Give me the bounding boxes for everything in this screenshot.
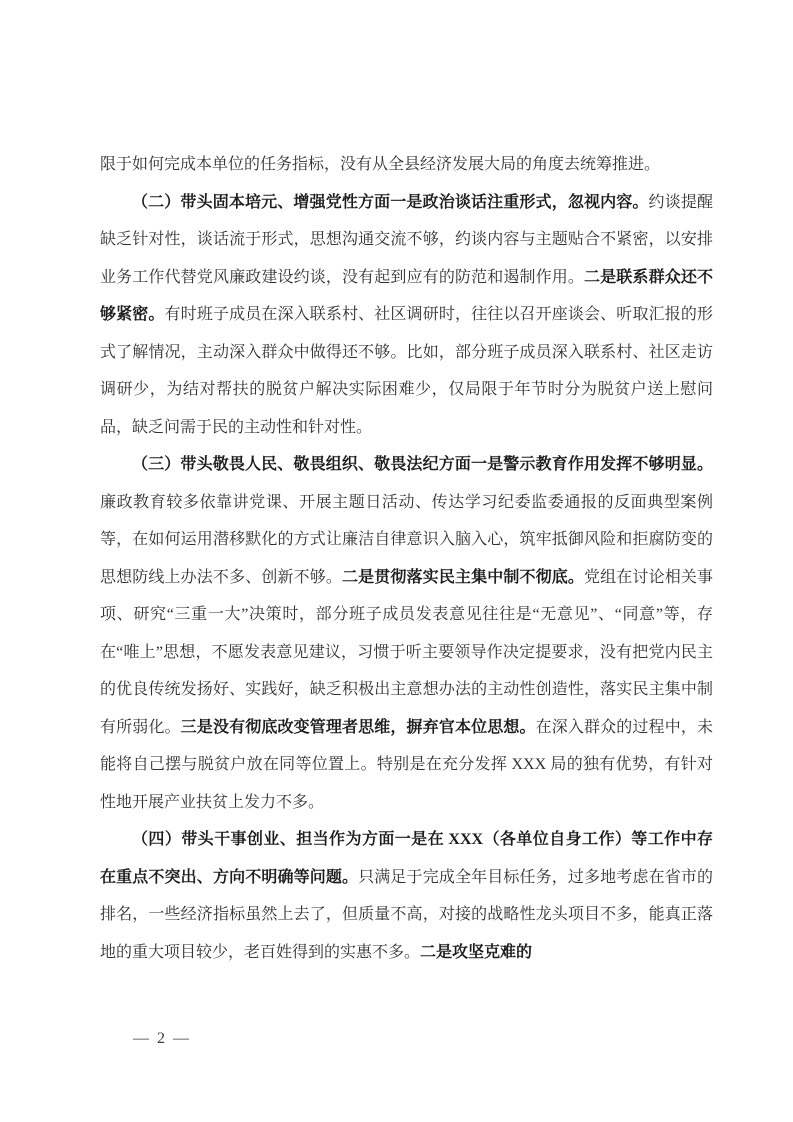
paragraph: （四）带头干事创业、担当作为方面一是在 XXX（各单位自身工作）等工作中存在重点…: [100, 821, 713, 971]
emphasis-text-run: （三）带头敬畏人民、敬畏组织、敬畏法纪方面一是警示教育作用发挥不够明显。: [132, 456, 713, 473]
document-body: 限于如何完成本单位的任务指标，没有从全县经济发展大局的角度去统筹推进。（二）带头…: [100, 146, 713, 971]
emphasis-text-run: 三是没有彻底改变管理者思维，摒弃官本位思想。: [181, 719, 536, 736]
paragraph: （二）带头固本培元、增强党性方面一是政治谈话注重形式，忽视内容。约谈提醒缺乏针对…: [100, 184, 713, 447]
page-footer: — 2 —: [133, 1030, 191, 1048]
page-number: — 2 —: [133, 1030, 191, 1047]
emphasis-text-run: （二）带头固本培元、增强党性方面一是政治谈话注重形式，忽视内容。: [132, 194, 649, 211]
paragraph: 限于如何完成本单位的任务指标，没有从全县经济发展大局的角度去统筹推进。: [100, 146, 713, 184]
paragraph: （三）带头敬畏人民、敬畏组织、敬畏法纪方面一是警示教育作用发挥不够明显。廉政教育…: [100, 446, 713, 821]
document-page: 限于如何完成本单位的任务指标，没有从全县经济发展大局的角度去统筹推进。（二）带头…: [0, 0, 793, 1122]
text-run: 有时班子成员在深入联系村、社区调研时，往往以召开座谈会、听取汇报的形式了解情况，…: [100, 306, 713, 436]
text-run: 限于如何完成本单位的任务指标，没有从全县经济发展大局的角度去统筹推进。: [100, 156, 660, 173]
emphasis-text-run: 二是攻坚克难的: [420, 944, 532, 961]
text-run: 党组在讨论相关事项、研究“三重一大”决策时，部分班子成员发表意见往往是“无意见”…: [100, 569, 713, 736]
emphasis-text-run: 二是贯彻落实民主集中制不彻底。: [342, 569, 584, 586]
